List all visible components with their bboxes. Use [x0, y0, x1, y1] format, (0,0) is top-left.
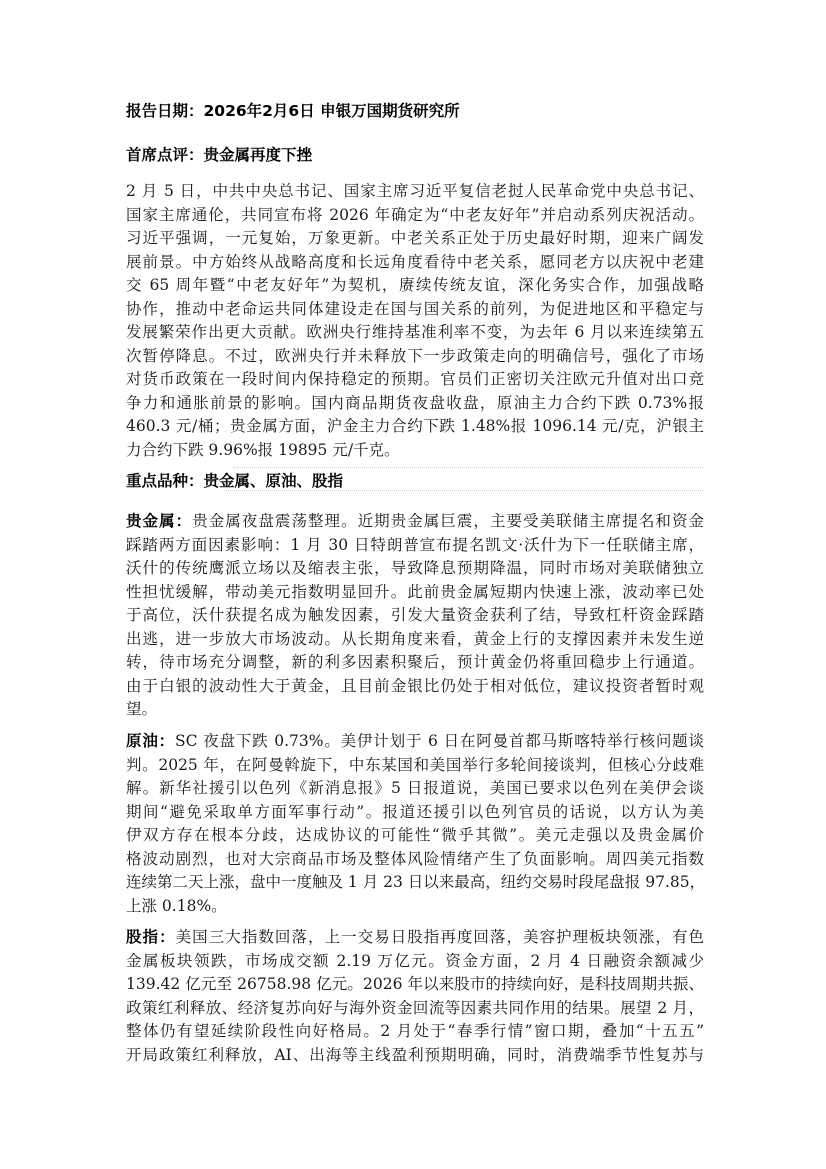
text-line: 习近平强调，一元复始，万象更新。中老关系正处于历史最好时期，迎来广阔发 [126, 227, 704, 251]
report-date-heading: 报告日期：2026年2月6日 申银万国期货研究所 [126, 101, 460, 121]
text-line: 于高位，沃什获提名成为触发因素，引发大量资金获利了结，导致杠杆资金踩踏 [126, 604, 704, 628]
text-line: 460.3 元/桶；贵金属方面，沪金主力合约下跌 1.48%报 1096.14 … [126, 415, 704, 439]
text-line: 解。新华社援引以色列《新消息报》5 日报道说，美国已要求以色列在美伊会谈 [126, 777, 704, 801]
text-line: 股指：美国三大指数回落，上一交易日股指再度回落，美容护理板块领涨，有色 [126, 926, 704, 950]
dotted-divider-top [233, 467, 703, 468]
text-line: 次暂停降息。不过，欧洲央行并未释放下一步政策走向的明确信号，强化了市场 [126, 345, 704, 369]
text-line: 发展繁荣作出更大贡献。欧洲央行维持基准利率不变，为去年 6 月以来连续第五 [126, 321, 704, 345]
text-line: 上涨 0.18%。 [126, 895, 704, 919]
text-line: 望。 [126, 698, 704, 722]
section-lead: 贵金属： [126, 512, 192, 530]
text-line: 性担忧缓解，带动美元指数明显回升。此前贵金属短期内快速上涨，波动率已处 [126, 581, 704, 605]
text-line: 期间“避免采取单方面军事行动”。报道还援引以色列官员的话说，以方认为美 [126, 801, 704, 825]
text-line: 139.42 亿元至 26758.98 亿元。2026 年以来股市的持续向好，是… [126, 973, 704, 997]
text-line: 争力和通胀前景的影响。国内商品期货夜盘收盘，原油主力合约下跌 0.73%报 [126, 392, 704, 416]
section-stock-index: 股指：美国三大指数回落，上一交易日股指再度回落，美容护理板块领涨，有色 金属板块… [126, 926, 704, 1067]
section-precious-metals: 贵金属：贵金属夜盘震荡整理。近期贵金属巨震，主要受美联储主席提名和资金 踩踏两方… [126, 510, 704, 722]
text-line: 国家主席通伦，共同宣布将 2026 年确定为“中老友好年”并启动系列庆祝活动。 [126, 204, 704, 228]
text-line: 展前景。中方始终从战略高度和长远角度看待中老关系，愿同老方以庆祝中老建 [126, 251, 704, 275]
text-line: 协作，推动中老命运共同体建设走在国与国关系的前列，为促进地区和平稳定与 [126, 298, 704, 322]
text-line: 出逃，进一步放大市场波动。从长期角度来看，黄金上行的支撑因素并未发生逆 [126, 628, 704, 652]
text-line: 交 65 周年暨“中老友好年”为契机，赓续传统友谊，深化务实合作，加强战略 [126, 274, 704, 298]
text-line: 格波动剧烈，也对大宗商品市场及整体风险情绪产生了负面影响。周四美元指数 [126, 848, 704, 872]
text-line: 伊双方存在根本分歧，达成协议的可能性“微乎其微”。美元走强以及贵金属价 [126, 824, 704, 848]
text-line: 踩踏两方面因素影响：1 月 30 日特朗普宣布提名凯文·沃什为下一任联储主席， [126, 534, 704, 558]
section-lead: 原油： [126, 732, 175, 750]
text-line: 2 月 5 日，中共中央总书记、国家主席习近平复信老挝人民革命党中央总书记、 [126, 180, 704, 204]
text-line: 力合约下跌 9.96%报 19895 元/千克。 [126, 439, 704, 463]
summary-paragraph: 2 月 5 日，中共中央总书记、国家主席习近平复信老挝人民革命党中央总书记、 国… [126, 180, 704, 462]
focus-heading: 重点品种：贵金属、原油、股指 [126, 471, 343, 491]
section-crude-oil: 原油：SC 夜盘下跌 0.73%。美伊计划于 6 日在阿曼首都马斯喀特举行核问题… [126, 730, 704, 918]
chief-comment-heading: 首席点评：贵金属再度下挫 [126, 145, 312, 165]
text-line: 政策红利释放、经济复苏向好与海外资金回流等因素共同作用的结果。展望 2 月， [126, 997, 704, 1021]
text-line: 贵金属：贵金属夜盘震荡整理。近期贵金属巨震，主要受美联储主席提名和资金 [126, 510, 704, 534]
text-line: 整体仍有望延续阶段性向好格局。2 月处于“春季行情”窗口期，叠加“十五五” [126, 1020, 704, 1044]
text-line: 开局政策红利释放，AI、出海等主线盈利预期明确，同时，消费端季节性复苏与 [126, 1044, 704, 1068]
dotted-divider-bottom [224, 490, 703, 491]
text-line: 判。2025 年，在阿曼斡旋下，中东某国和美国举行多轮间接谈判，但核心分歧难 [126, 754, 704, 778]
text-line: 原油：SC 夜盘下跌 0.73%。美伊计划于 6 日在阿曼首都马斯喀特举行核问题… [126, 730, 704, 754]
text-line: 连续第二天上涨，盘中一度触及 1 月 23 日以来最高，纽约交易时段尾盘报 97… [126, 871, 704, 895]
section-lead: 股指： [126, 928, 176, 946]
text-line: 金属板块领跌，市场成交额 2.19 万亿元。资金方面，2 月 4 日融资余额减少 [126, 950, 704, 974]
text-line: 转，待市场充分调整，新的利多因素积聚后，预计黄金仍将重回稳步上行通道。 [126, 651, 704, 675]
text-line: 沃什的传统鹰派立场以及缩表主张，导致降息预期降温，同时市场对美联储独立 [126, 557, 704, 581]
text-line: 由于白银的波动性大于黄金，且目前金银比仍处于相对低位，建议投资者暂时观 [126, 675, 704, 699]
text-line: 对货币政策在一段时间内保持稳定的预期。官员们正密切关注欧元升值对出口竞 [126, 368, 704, 392]
